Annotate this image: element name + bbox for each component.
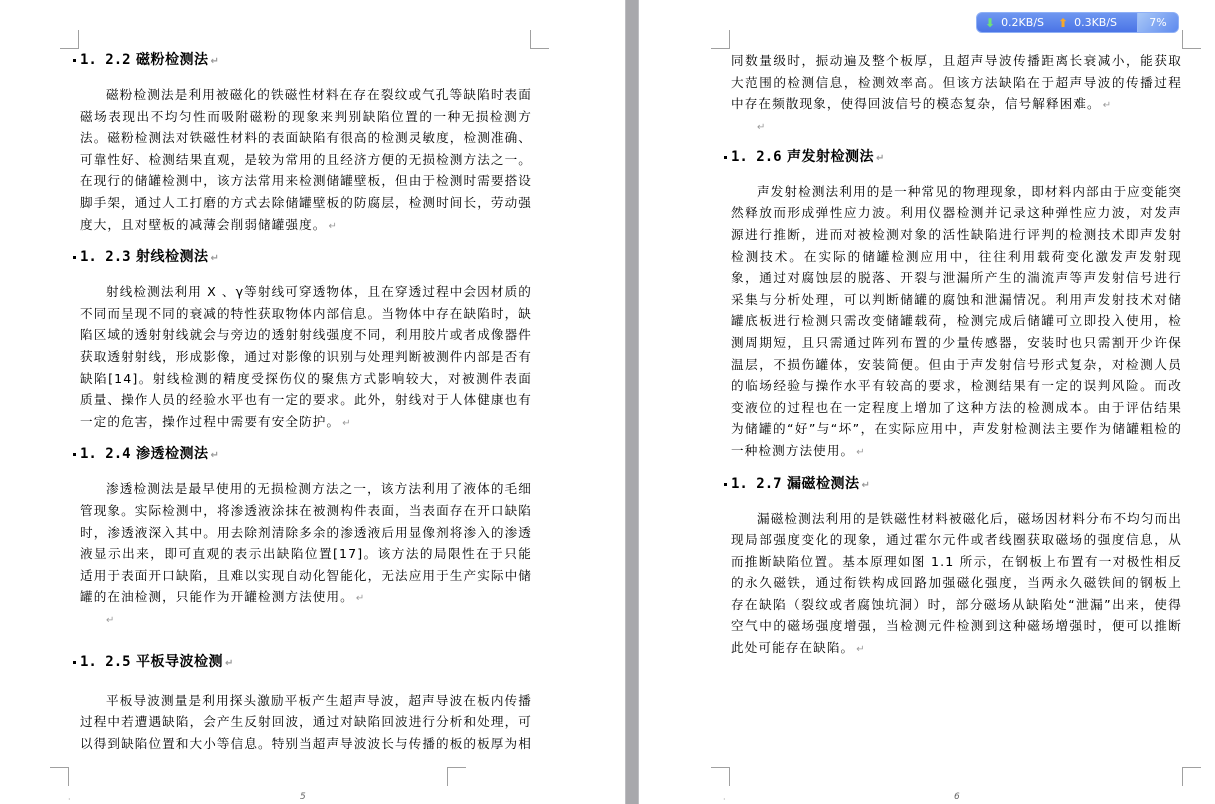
paragraph-mark-icon: ↵	[106, 615, 114, 626]
section-title: 射线检测法	[136, 249, 209, 265]
upload-speed: ⬆ 0.3KB/S	[1044, 16, 1117, 30]
empty-paragraph[interactable]: ↵	[80, 610, 532, 632]
paragraph-mark-icon: ↵	[876, 153, 885, 164]
paragraph-mark-icon: ↵	[225, 658, 234, 669]
heading-bullet-icon	[724, 156, 727, 159]
download-speed: ⬇ 0.2KB/S	[977, 16, 1044, 30]
heading-bullet-icon	[73, 256, 76, 259]
section-paragraph[interactable]: 渗透检测法是最早使用的无损检测方法之一，该方法利用了液体的毛细管现象。实际检测中…	[80, 478, 532, 610]
section-title: 平板导波检测	[136, 654, 223, 670]
heading-bullet-icon	[724, 483, 727, 486]
section-number: 1. 2.7	[731, 476, 782, 492]
section-paragraph[interactable]: 漏磁检测法利用的是铁磁性材料被磁化后，磁场因材料分布不均匀而出现局部强度变化的现…	[731, 508, 1182, 661]
paragraph-mark-icon: ↵	[210, 56, 219, 67]
section-heading-1-2-4: 1. 2.4 渗透检测法↵	[80, 444, 532, 466]
continued-paragraph[interactable]: 同数量级时，振动遍及整个板厚，且超声导波传播距离长衰减小，能获取大范围的检测信息…	[731, 50, 1182, 117]
paragraph-mark-icon: ↵	[856, 447, 865, 458]
paragraph-mark-icon: ↵	[342, 418, 351, 429]
paragraph-mark-icon: ↵	[356, 593, 365, 604]
section-number: 1. 2.2	[80, 52, 131, 68]
section-paragraph[interactable]: 声发射检测法利用的是一种常见的物理现象，即材料内部由于应变能突然释放而形成弹性应…	[731, 181, 1182, 464]
cpu-usage-value: 7%	[1149, 16, 1166, 29]
section-heading-1-2-5: 1. 2.5 平板导波检测↵	[80, 652, 532, 674]
heading-bullet-icon	[73, 59, 76, 62]
download-speed-value: 0.2KB/S	[1001, 16, 1044, 29]
section-title: 渗透检测法	[136, 446, 209, 462]
crop-mark-top-right	[1182, 30, 1201, 49]
section-number: 1. 2.6	[731, 149, 782, 165]
section-heading-1-2-2: 1. 2.2 磁粉检测法↵	[80, 50, 532, 72]
crop-mark-top-right	[530, 30, 549, 49]
paragraph-mark-icon: ↵	[861, 480, 870, 491]
arrow-up-icon: ⬆	[1058, 16, 1068, 30]
paragraph-mark-icon: ↵	[210, 450, 219, 461]
section-paragraph[interactable]: 射线检测法利用 X 、γ等射线可穿透物体，且在穿透过程中会因材质的不同而呈现不同…	[80, 281, 532, 434]
section-heading-1-2-6: 1. 2.6 声发射检测法↵	[731, 147, 1182, 169]
heading-bullet-icon	[73, 453, 76, 456]
document-page-6[interactable]: 同数量级时，振动遍及整个板厚，且超声导波传播距离长衰减小，能获取大范围的检测信息…	[639, 0, 1215, 804]
upload-speed-value: 0.3KB/S	[1074, 16, 1117, 29]
section-heading-1-2-3: 1. 2.3 射线检测法↵	[80, 247, 532, 269]
page-body[interactable]: 1. 2.2 磁粉检测法↵ 磁粉检测法是利用被磁化的铁磁性材料在存在裂纹或气孔等…	[80, 44, 532, 755]
footer-paragraph-mark: ·	[723, 795, 726, 804]
crop-mark-top-left	[711, 30, 730, 49]
network-speed-widget[interactable]: ⬇ 0.2KB/S ⬆ 0.3KB/S 7%	[976, 12, 1179, 33]
paragraph-mark-icon: ↵	[1103, 100, 1112, 111]
page-number: 5	[300, 792, 306, 802]
page-separator	[625, 0, 639, 804]
heading-bullet-icon	[73, 661, 76, 664]
arrow-down-icon: ⬇	[985, 16, 995, 30]
section-title: 声发射检测法	[787, 149, 874, 165]
crop-mark-bottom-right	[447, 767, 466, 786]
section-paragraph[interactable]: 平板导波测量是利用探头激励平板产生超声导波，超声导波在板内传播过程中若遭遇缺陷，…	[80, 690, 532, 755]
section-heading-1-2-7: 1. 2.7 漏磁检测法↵	[731, 474, 1182, 496]
section-number: 1. 2.3	[80, 249, 131, 265]
section-title: 漏磁检测法	[787, 476, 860, 492]
paragraph-mark-icon: ↵	[329, 221, 338, 232]
page-body[interactable]: 同数量级时，振动遍及整个板厚，且超声导波传播距离长衰减小，能获取大范围的检测信息…	[731, 44, 1182, 661]
paragraph-mark-icon: ↵	[856, 644, 865, 655]
section-title: 磁粉检测法	[136, 52, 209, 68]
section-number: 1. 2.4	[80, 446, 131, 462]
empty-paragraph[interactable]: ↵	[731, 117, 1182, 139]
footer-paragraph-mark: ·	[68, 795, 71, 804]
crop-mark-bottom-left	[711, 767, 730, 786]
page-number: 6	[954, 792, 960, 802]
crop-mark-bottom-right	[1182, 767, 1201, 786]
section-number: 1. 2.5	[80, 654, 131, 670]
crop-mark-top-left	[60, 30, 79, 49]
section-paragraph[interactable]: 磁粉检测法是利用被磁化的铁磁性材料在存在裂纹或气孔等缺陷时表面磁场表现出不均匀性…	[80, 84, 532, 237]
cpu-usage: 7%	[1137, 13, 1178, 32]
crop-mark-bottom-left	[50, 767, 69, 786]
paragraph-mark-icon: ↵	[757, 122, 765, 133]
paragraph-mark-icon: ↵	[210, 253, 219, 264]
document-page-5[interactable]: 1. 2.2 磁粉检测法↵ 磁粉检测法是利用被磁化的铁磁性材料在存在裂纹或气孔等…	[0, 0, 625, 804]
